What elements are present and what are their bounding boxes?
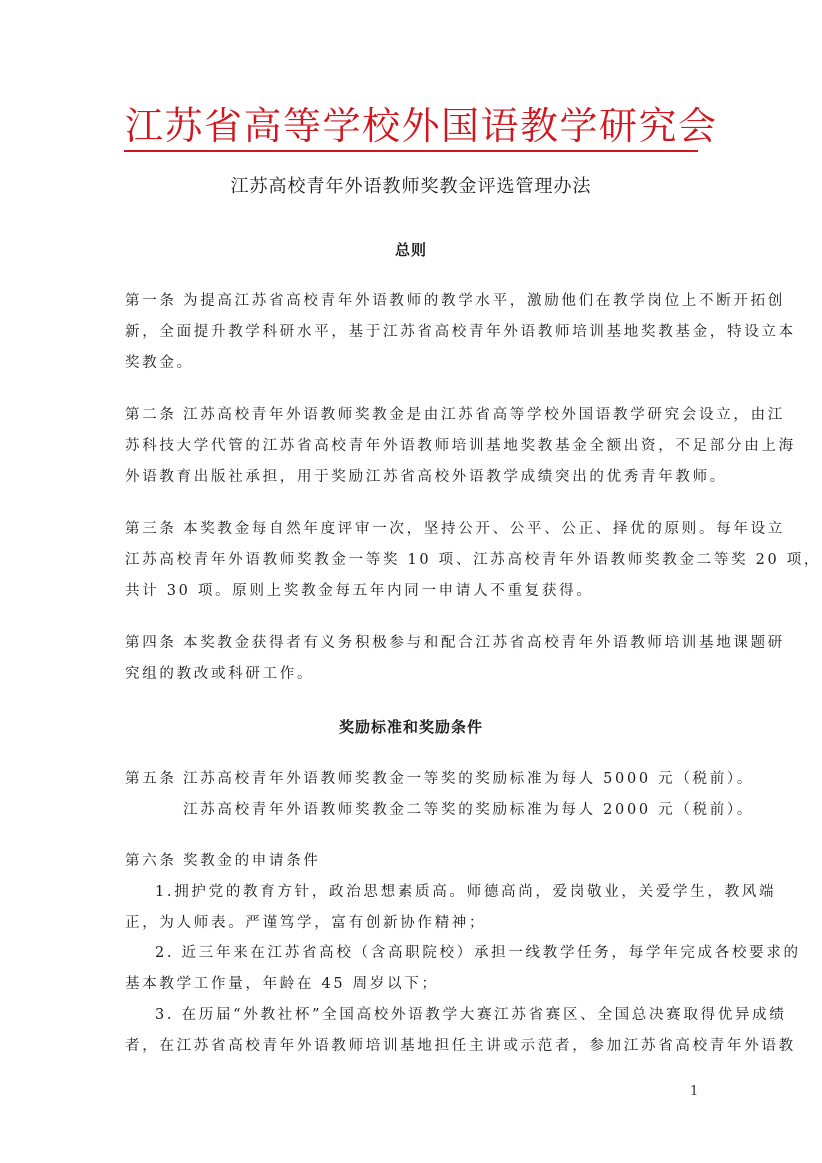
- article-label: 第四条: [125, 628, 183, 659]
- article-line: 第一条为提高江苏省高校青年外语教师的教学水平，激励他们在教学岗位上不断开拓创: [125, 286, 698, 317]
- article-line: 江苏高校青年外语教师奖教金一等奖 10 项、江苏高校青年外语教师奖教金二等奖 2…: [125, 545, 698, 576]
- article-line: 基本教学工作量，年龄在 45 周岁以下；: [125, 969, 698, 1000]
- article-4: 第四条本奖教金获得者有义务积极参与和配合江苏省高校青年外语教师培训基地课题研 究…: [125, 628, 698, 690]
- document-page: 江苏省高等学校外国语教学研究会 江苏高校青年外语教师奖教金评选管理办法 总则 第…: [0, 0, 822, 1163]
- section-heading-awards: 奖励标准和奖励条件: [0, 716, 822, 738]
- article-label: 第一条: [125, 286, 183, 317]
- article-line: 奖教金。: [125, 348, 698, 379]
- section-heading-general: 总则: [0, 239, 822, 261]
- condition-item-3: 3. 在历届“外教社杯”全国高校外语教学大赛江苏省赛区、全国总决赛取得优异成绩: [125, 1000, 698, 1031]
- article-2: 第二条江苏高校青年外语教师奖教金是由江苏省高等学校外国语教学研究会设立，由江 苏…: [125, 400, 698, 492]
- article-line: 正，为人师表。严谨笃学，富有创新协作精神；: [125, 908, 698, 939]
- article-line: 苏科技大学代管的江苏省高校青年外语教师培训基地奖教基金全额出资，不足部分由上海: [125, 431, 698, 462]
- article-text: 奖教金的申请条件: [183, 853, 321, 869]
- article-line: 第二条江苏高校青年外语教师奖教金是由江苏省高等学校外国语教学研究会设立，由江: [125, 400, 698, 431]
- article-line: 第六条奖教金的申请条件: [125, 846, 698, 877]
- page-number: 1: [690, 1083, 698, 1101]
- article-label: 第六条: [125, 846, 183, 877]
- article-text: 为提高江苏省高校青年外语教师的教学水平，激励他们在教学岗位上不断开拓创: [183, 293, 785, 309]
- article-text: 本奖教金获得者有义务积极参与和配合江苏省高校青年外语教师培训基地课题研: [183, 635, 785, 651]
- article-text: 本奖教金每自然年度评审一次，坚持公开、公平、公正、择优的原则。每年设立: [183, 521, 785, 537]
- article-line: 新，全面提升教学科研水平，基于江苏省高校青年外语教师培训基地奖教基金，特设立本: [125, 317, 698, 348]
- article-6: 第六条奖教金的申请条件 1.拥护党的教育方针，政治思想素质高。师德高尚，爱岗敬业…: [125, 846, 698, 1062]
- letterhead-rule: [124, 150, 698, 152]
- article-1: 第一条为提高江苏省高校青年外语教师的教学水平，激励他们在教学岗位上不断开拓创 新…: [125, 286, 698, 378]
- condition-item-1: 1.拥护党的教育方针，政治思想素质高。师德高尚，爱岗敬业，关爱学生，教风端: [125, 877, 698, 908]
- article-text: 江苏高校青年外语教师奖教金是由江苏省高等学校外国语教学研究会设立，由江: [183, 407, 785, 423]
- article-line: 第三条本奖教金每自然年度评审一次，坚持公开、公平、公正、择优的原则。每年设立: [125, 514, 698, 545]
- article-label: 第三条: [125, 514, 183, 545]
- article-text: 江苏高校青年外语教师奖教金一等奖的奖励标准为每人 5000 元（税前）。: [183, 771, 754, 787]
- article-line: 外语教育出版社承担，用于奖励江苏省高校外语教学成绩突出的优秀青年教师。: [125, 462, 698, 493]
- article-line: 者，在江苏省高校青年外语教师培训基地担任主讲或示范者，参加江苏省高校青年外语教: [125, 1031, 698, 1062]
- article-label: 第五条: [125, 764, 183, 795]
- document-title: 江苏高校青年外语教师奖教金评选管理办法: [0, 175, 822, 199]
- article-line: 究组的教改或科研工作。: [125, 659, 698, 690]
- article-label: 第二条: [125, 400, 183, 431]
- article-5: 第五条江苏高校青年外语教师奖教金一等奖的奖励标准为每人 5000 元（税前）。 …: [125, 764, 698, 826]
- letterhead-org-name: 江苏省高等学校外国语教学研究会: [125, 104, 698, 148]
- article-line: 第五条江苏高校青年外语教师奖教金一等奖的奖励标准为每人 5000 元（税前）。: [125, 764, 698, 795]
- article-line: 第四条本奖教金获得者有义务积极参与和配合江苏省高校青年外语教师培训基地课题研: [125, 628, 698, 659]
- condition-item-2: 2. 近三年来在江苏省高校（含高职院校）承担一线教学任务，每学年完成各校要求的: [125, 938, 698, 969]
- article-3: 第三条本奖教金每自然年度评审一次，坚持公开、公平、公正、择优的原则。每年设立 江…: [125, 514, 698, 606]
- article-line: 共计 30 项。原则上奖教金每五年内同一申请人不重复获得。: [125, 576, 698, 607]
- article-line: 江苏高校青年外语教师奖教金二等奖的奖励标准为每人 2000 元（税前）。: [125, 795, 698, 826]
